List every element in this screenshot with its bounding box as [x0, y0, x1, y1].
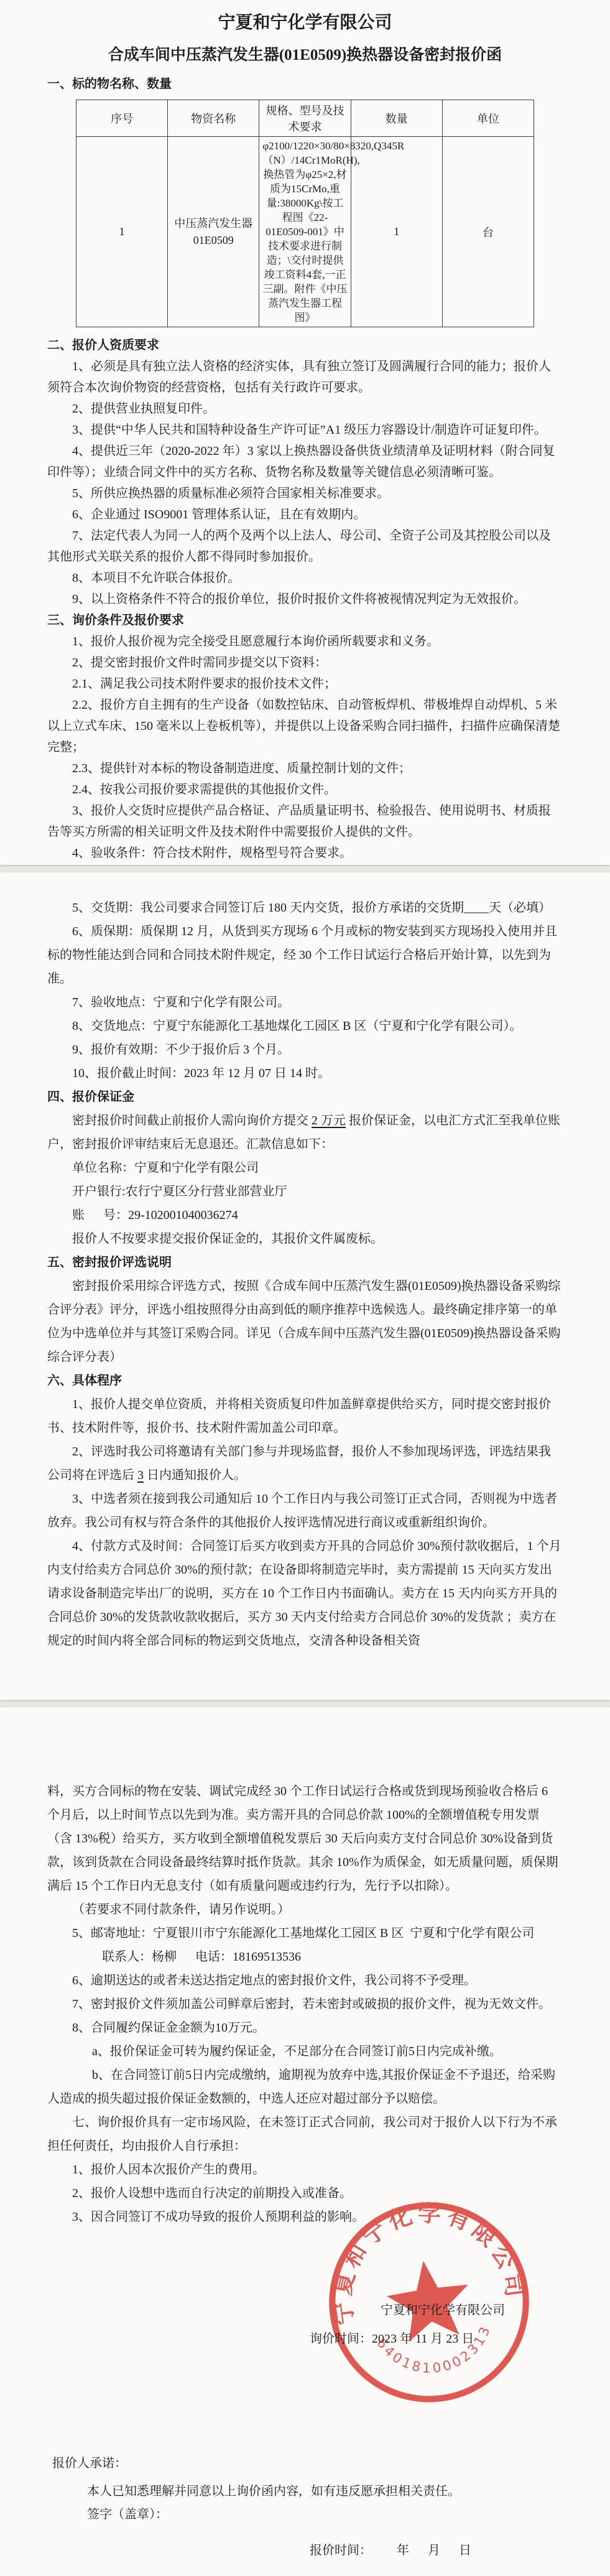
s5-paragraph: 密封报价采用综合评选方式，按照《合成车间中压蒸汽发生器(01E0509)换热器设…: [47, 1274, 563, 1369]
deposit-paragraph: 密封报价时间截止前报价人需向询价方提交 2 万元 报价保证金，以电汇方式汇至我单…: [47, 1109, 563, 1156]
signature-stamp-label: 签字（盖章）：: [87, 2504, 168, 2522]
s6-item2-days: 3: [137, 1468, 144, 1482]
signature-company: 宁夏和宁化学有限公司: [381, 2300, 505, 2318]
section-heading-3: 三、询价条件及报价要求: [47, 610, 563, 631]
s3-item: 2.2、报价方自主拥有的生产设备（如数控钻床、自动管板焊机、带极堆焊自动焊机、5…: [47, 694, 563, 758]
table-row: 1 中压蒸汽发生器 01E0509 φ2100/1220×30/80×8320,…: [76, 137, 534, 327]
cell-qty: 1: [351, 137, 442, 327]
col-header-seq: 序号: [76, 100, 168, 137]
scanned-inquiry-document: { "doc": { "title": "宁夏和宁化学有限公司", "subti…: [0, 0, 610, 2576]
cell-name: 中压蒸汽发生器 01E0509: [168, 137, 259, 327]
s3-item: 10、报价截止时间：2023 年 12 月 07 日 14 时。: [47, 1062, 563, 1085]
cell-spec: φ2100/1220×30/80×8320,Q345R（N）/14Cr1MoR(…: [259, 137, 351, 327]
goods-table: 序号 物资名称 规格、型号及技术要求 数量 单位 1 中压蒸汽发生器 01E05…: [76, 100, 534, 327]
s3-item: 2.3、提供针对本标的物设备制造进度、质量控制计划的文件；: [47, 758, 563, 779]
s3-item: 6、质保期：质保期 12 月，从货到买方现场 6 个月或标的物安装到买方现场投入…: [47, 920, 563, 991]
cell-unit: 台: [442, 137, 534, 327]
s2-item: 5、所供应换热器的质量标准必须符合国家相关标准要求。: [47, 483, 563, 504]
s3-item: 2、提交密封报价文件时需同步提交以下资料：: [47, 652, 563, 673]
document-page-3: 料，买方合同标的物在安装、调试完成经 30 个工作日试运行合格或货到现场预验收合…: [0, 1707, 610, 2576]
s6-item: 7、密封报价文件须加盖公司鲜章后密封，若未密封或破损的报价文件，视为无效文件。: [47, 1992, 563, 2016]
page-title: 宁夏和宁化学有限公司: [47, 0, 563, 36]
s6-item2-post: 日内通知报价人。: [144, 1468, 246, 1482]
s3-item: 2.4、按我公司报价要求需提供的其他报价文件。: [47, 779, 563, 800]
s6-item: 1、报价人提交单位资质，并将相关资质复印件加盖鲜章提供给买方，同时提交密封报价书…: [47, 1393, 563, 1440]
s6-item2-pre: 2、评选时我公司将邀请有关部门参与并现场监督，报价人不参加现场评选，评选结果我公…: [47, 1445, 551, 1482]
s6-subitem-b: b、在合同签订前5日内完成缴纳，逾期视为放弃中选,其报价保证金不予退还，给采购人…: [47, 2063, 563, 2111]
quote-date-line: 报价时间： 年 月 日: [310, 2540, 471, 2558]
section-heading-4: 四、报价保证金: [47, 1085, 563, 1109]
s3-item: 5、交货期：我公司要求合同签订后 180 天内交货，报价方承诺的交货期____天…: [47, 896, 563, 920]
col-header-name: 物资名称: [168, 100, 259, 137]
s2-item: 7、法定代表人为同一人的两个及两个以上法人、母公司、全资子公司及其控股公司以及其…: [47, 525, 563, 567]
s2-item: 3、提供“中华人民共和国特种设备生产许可证”A1 级压力容器设计/制造许可证复印…: [47, 419, 563, 441]
s2-item: 9、以上资格条件不符合的报价单位，报价时报价文件将被视情况判定为无效报价。: [47, 589, 563, 610]
bank-branch: 开户银行:农行宁夏区分行营业部营业厅: [47, 1180, 563, 1203]
s2-item: 1、必须是具有独立法人资格的经济实体，具有独立签订及圆满履行合同的能力；报价人须…: [47, 356, 563, 398]
s6-item: 3、中选者须在接到我公司通知后 10 个工作日内与我公司签订正式合同，否则视为中…: [47, 1487, 563, 1534]
document-page-2: 5、交货期：我公司要求合同签订后 180 天内交货，报价方承诺的交货期____天…: [0, 872, 610, 1700]
deposit-text-pre: 密封报价时间截止前报价人需向询价方提交: [72, 1114, 312, 1127]
section-heading-2: 二、报价人资质要求: [47, 335, 563, 356]
col-header-spec: 规格、型号及技术要求: [259, 100, 351, 137]
contact-line: 联系人：杨柳 电话：18169513536: [47, 1945, 563, 1969]
s3-item: 4、验收条件：符合技术附件，规格型号符合要求。: [47, 842, 563, 864]
s2-item: 4、提供近三年（2020-2022 年）3 家以上换热器设备供货业绩清单及证明材…: [47, 441, 563, 483]
section-heading-6: 六、具体程序: [47, 1369, 563, 1393]
document-page-1: 宁夏和宁化学有限公司 合成车间中压蒸汽发生器(01E0509)换热器设备密封报价…: [0, 0, 610, 865]
section-heading-1: 一、标的物名称、数量: [47, 73, 563, 95]
s6-item: 4、付款方式及时间：合同签订后买方收到卖方开具的合同总价 30%预付款收据后，1…: [47, 1534, 563, 1653]
section-heading-5: 五、密封报价评选说明: [47, 1251, 563, 1274]
s3-item: 9、报价有效期：不少于报价后 3 个月。: [47, 1038, 563, 1062]
cell-seq: 1: [76, 137, 168, 327]
s3-item: 3、报价人交货时应提供产品合格证、产品质量证明书、检验报告、使用说明书、材质报告…: [47, 800, 563, 842]
s6-item: 5、邮寄地址：宁夏银川市宁东能源化工基地煤化工园区 B 区 宁夏和宁化学有限公司: [47, 1921, 563, 1945]
s6-subitem-a: a、报价保证金可转为履约保证金，不足部分在合同签订前5日内完成补缴。: [47, 2040, 563, 2063]
s6-item: 6、逾期送达的或者未送达指定地点的密封报价文件，我公司将不予受理。: [47, 1969, 563, 1992]
bidder-promise-title: 报价人承诺：: [52, 2453, 127, 2471]
s2-item: 6、企业通过 ISO9001 管理体系认证，且在有效期内。: [47, 504, 563, 525]
bank-account-number: 账 号：29-102001040036274: [47, 1203, 563, 1227]
s6-item: 2、评选时我公司将邀请有关部门参与并现场监督，报价人不参加现场评选，评选结果我公…: [47, 1440, 563, 1487]
s6-item4-continuation: 料，买方合同标的物在安装、调试完成经 30 个工作日试运行合格或货到现场预验收合…: [47, 1780, 563, 1898]
table-header-row: 序号 物资名称 规格、型号及技术要求 数量 单位: [76, 100, 534, 137]
s3-item: 7、验收地点：宁夏和宁化学有限公司。: [47, 991, 563, 1014]
section-heading-7: 七、询价报价具有一定市场风险，在未签订正式合同前，我公司对于报价人以下行为不承担…: [47, 2111, 563, 2158]
col-header-unit: 单位: [442, 100, 534, 137]
page-subtitle: 合成车间中压蒸汽发生器(01E0509)换热器设备密封报价函: [47, 44, 563, 67]
inquiry-date: 询价时间：2023 年 11 月 23 日: [310, 2328, 474, 2346]
col-header-qty: 数量: [351, 100, 442, 137]
s6-payment-note: （若要求不同付款条件，请另作说明。）: [47, 1898, 563, 1921]
deposit-amount: 2 万元: [312, 1114, 346, 1127]
deposit-note: 报价人不按要求提交报价保证金的，其报价文件属废标。: [47, 1227, 563, 1251]
s3-item: 1、报价人报价视为完全接受且愿意履行本询价函所载要求和义务。: [47, 631, 563, 652]
s3-item: 8、交货地点：宁夏宁东能源化工基地煤化工园区 B 区（宁夏和宁化学有限公司）。: [47, 1014, 563, 1038]
bank-account-name: 单位名称：宁夏和宁化学有限公司: [47, 1156, 563, 1180]
s6-item: 8、合同履约保证金金额为10万元。: [47, 2016, 563, 2040]
bidder-promise-body: 本人已知悉理解并同意以上询价函内容，如有违反愿承担相关责任。: [87, 2481, 460, 2499]
s2-item: 8、本项目不允许联合体报价。: [47, 567, 563, 589]
company-seal-stamp: 宁夏和宁化学有限公司 6401810002313: [325, 2175, 534, 2384]
s3-item: 2.1、满足我公司技术附件要求的报价技术文件；: [47, 673, 563, 694]
s2-item: 2、提供营业执照复印件。: [47, 398, 563, 419]
